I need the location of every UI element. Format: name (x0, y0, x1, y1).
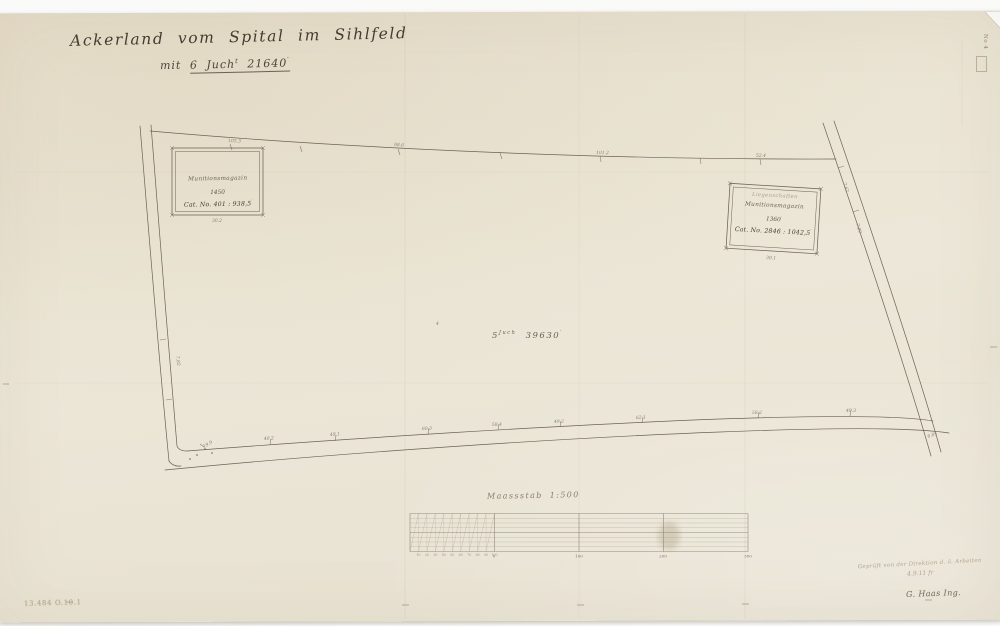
measurement-label: 7.90 (854, 223, 863, 235)
survey-ticks (160, 144, 859, 447)
right-building-name: Munitionsmagazin (732, 202, 816, 212)
scale-bar (410, 514, 748, 552)
scale-major-label: 100 (575, 554, 583, 559)
measurement-label: 60.3 (422, 425, 432, 432)
corner-stamp: No 4 (974, 34, 988, 80)
junction-fillet (169, 461, 181, 466)
scale-sub-label: 10 (416, 553, 420, 557)
ink-smudge (658, 522, 680, 550)
subtitle-prefix: mit (160, 59, 182, 72)
scale-major-label: 200 (659, 554, 667, 559)
field-area-label: 5Juch 39630′ (492, 330, 563, 341)
left-building-label: Munitionsmagazin 1450′ Cat. No. 401 : 93… (178, 176, 259, 208)
measurement-label: 62.1 (636, 415, 646, 421)
scale-sub-label: 20 (425, 553, 429, 557)
measurement-label: 40.2 (263, 435, 275, 442)
roads (140, 121, 949, 470)
fold-creases (14, 14, 988, 619)
measurement-label: 19.9 (202, 439, 214, 449)
measurement-label: 58.2 (752, 410, 762, 416)
left-road-east-line (151, 125, 187, 451)
left-building-name: Munitionsmagazin (178, 176, 258, 183)
archive-number: 13.484 O.10.1 (24, 598, 82, 608)
measurement-label: 98.6 (394, 142, 404, 149)
scale-sub-label: 70 (467, 553, 471, 557)
measurement-label: 49.2 (553, 419, 564, 425)
measurement-label: 8.85 (927, 431, 939, 440)
measurement-label: 30.2 (212, 218, 222, 224)
scale-sub-label: 50 (450, 553, 454, 557)
measurement-label: 49.3 (845, 408, 856, 414)
measurement-label: 105.3 (228, 138, 241, 145)
scale-major-label: 300 (744, 554, 752, 559)
measurement-label: 58.4 (492, 421, 502, 428)
scale-sub-label: 40 (442, 553, 446, 557)
measurement-label: 101.2 (596, 150, 609, 156)
scale-sub-label: 100 (491, 553, 497, 557)
survey-drawing: 105.398.6101.252.47.827.627.9040.249.160… (0, 0, 1000, 626)
left-building-area: 1450′ (178, 188, 258, 197)
measurement-label: 49.1 (329, 431, 340, 438)
corner-fold (985, 12, 1000, 28)
map-subtitle: mit 6 Jucht 21640′ (160, 56, 290, 73)
scale-caption: Maassstab 1:500 (487, 490, 580, 501)
right-building-area: 1360′ (732, 214, 816, 226)
scan-background: 105.398.6101.252.47.827.627.9040.249.160… (0, 0, 1000, 626)
left-building-cat-no: Cat. No. 401 : 938,5′ (178, 200, 258, 209)
scale-sub-label: 30 (433, 553, 437, 557)
measurement-label: 4 (435, 321, 439, 327)
corner-stamp-box (976, 56, 987, 72)
corner-stamp-text: No 4 (982, 34, 988, 48)
surveyor-signature: G. Haas Ing. (906, 588, 961, 599)
scale-sub-label: 90 (484, 553, 488, 557)
scale-sub-label: 60 (459, 553, 463, 557)
right-road-west-line (823, 123, 931, 456)
measurement-label: 7.82 (174, 355, 181, 366)
measurement-label: 7.62 (841, 182, 850, 194)
measurement-label: 52.4 (756, 153, 766, 159)
top-boundary-line (150, 131, 836, 159)
measurement-label: 30.1 (766, 255, 776, 262)
scale-sub-label: 80 (476, 553, 480, 557)
subtitle-measure: 6 Jucht 21640′ (190, 56, 290, 73)
right-road-east-line (834, 121, 941, 452)
right-building-label: Liegenschaften Munitionsmagazin 1360′ Ca… (731, 192, 817, 237)
bottom-road-south-line (165, 429, 949, 470)
